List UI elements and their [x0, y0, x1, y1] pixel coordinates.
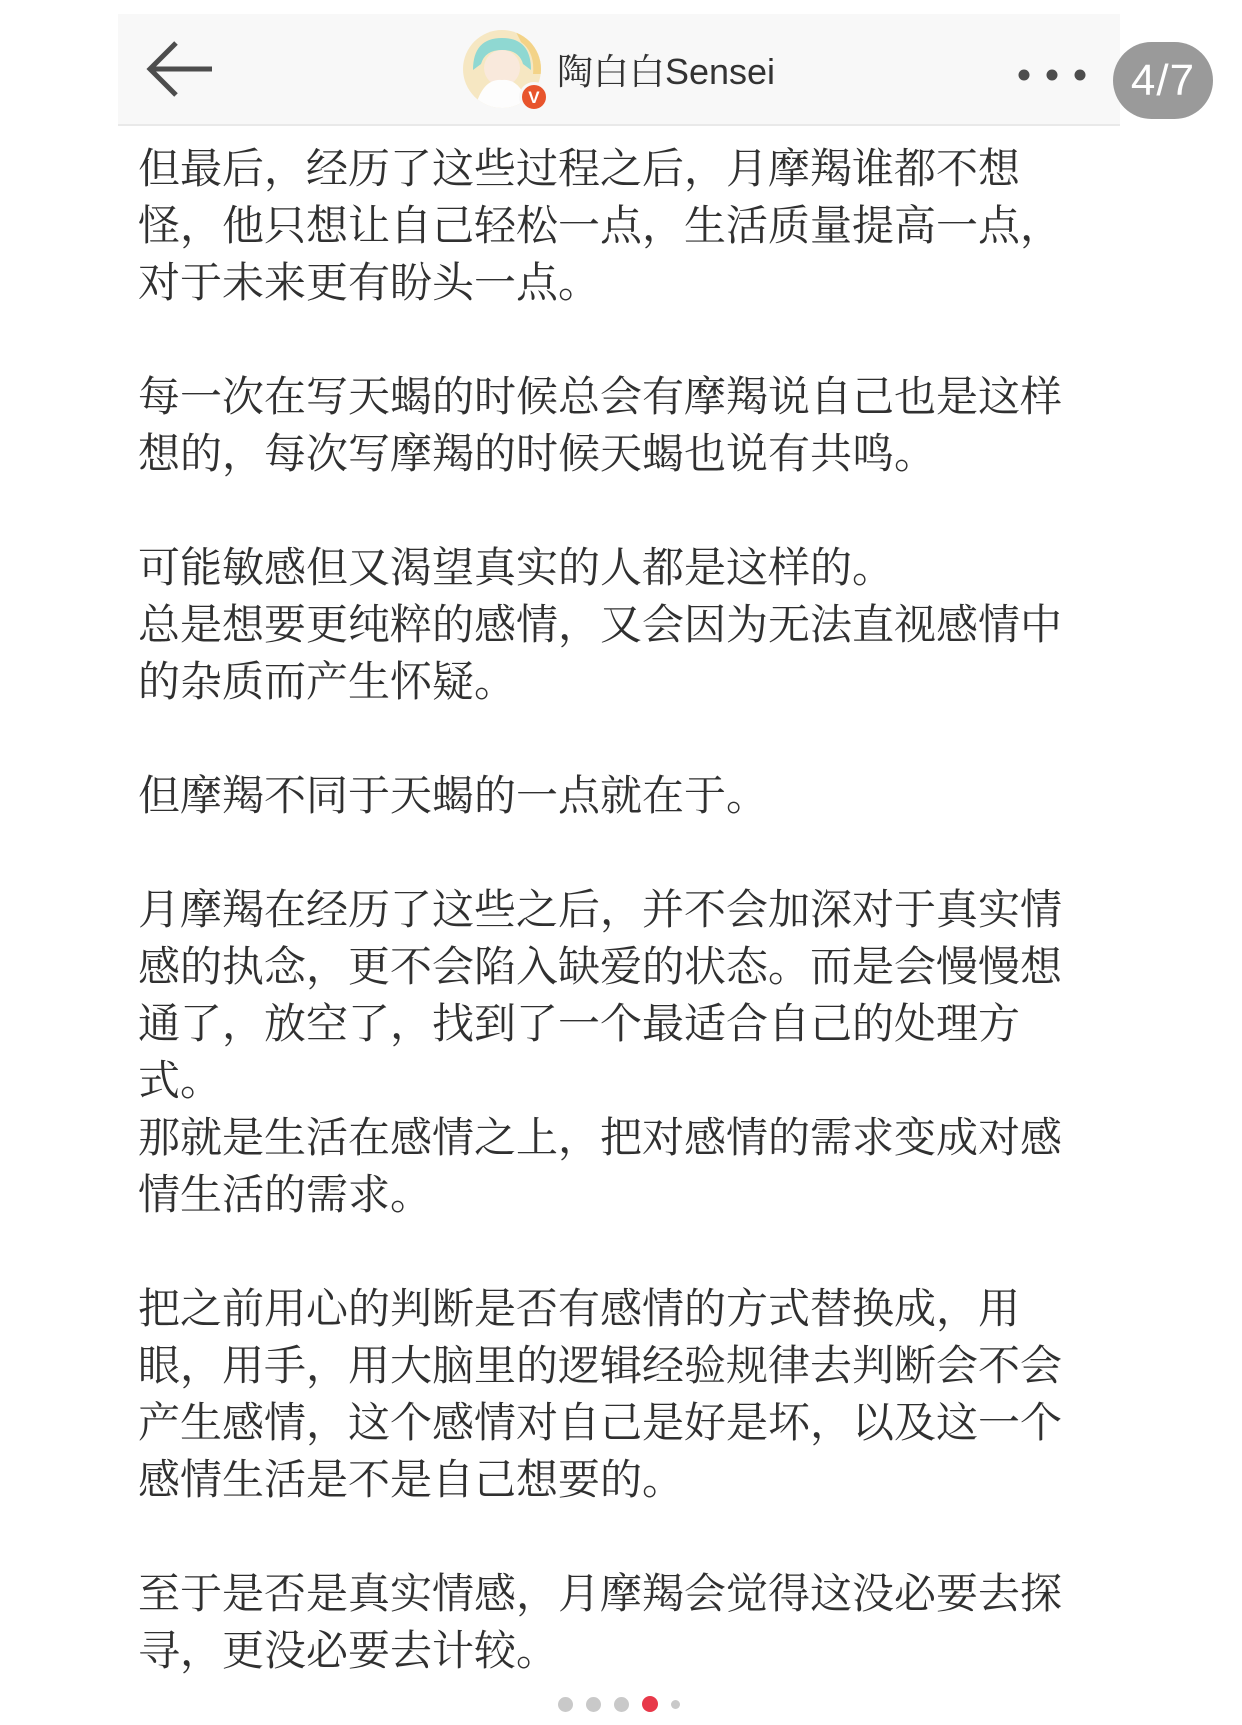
pagination-dot: [558, 1697, 573, 1712]
back-button[interactable]: [140, 36, 220, 104]
page-indicator-badge: 4/7: [1113, 42, 1213, 119]
text-line: 感情生活是不是自己想要的。: [138, 1451, 1138, 1508]
text-line: 怪，他只想让自己轻松一点，生活质量提高一点，: [138, 197, 1138, 254]
pagination-dot: [586, 1697, 601, 1712]
text-line: 感的执念，更不会陷入缺爱的状态。而是会慢慢想: [138, 938, 1138, 995]
text-line: 情生活的需求。: [138, 1166, 1138, 1223]
paragraph: 每一次在写天蝎的时候总会有摩羯说自己也是这样想的，每次写摩羯的时候天蝎也说有共鸣…: [138, 368, 1138, 482]
text-line: 寻，更没必要去计较。: [138, 1622, 1138, 1679]
text-line: 月摩羯在经历了这些之后，并不会加深对于真实情: [138, 881, 1138, 938]
top-bar: V 陶白白Sensei: [118, 14, 1120, 126]
text-line: 想的，每次写摩羯的时候天蝎也说有共鸣。: [138, 425, 1138, 482]
text-line: 产生感情，这个感情对自己是好是坏，以及这一个: [138, 1394, 1138, 1451]
pagination-dot: [614, 1697, 629, 1712]
text-line: 对于未来更有盼头一点。: [138, 254, 1138, 311]
weibo-image-post-screen: { "header": { "user_name": "陶白白Sensei", …: [0, 0, 1242, 1725]
text-line: 通了，放空了，找到了一个最适合自己的处理方: [138, 995, 1138, 1052]
text-line: 式。: [138, 1052, 1138, 1109]
paragraph: 月摩羯在经历了这些之后，并不会加深对于真实情感的执念，更不会陷入缺爱的状态。而是…: [138, 881, 1138, 1223]
paragraph: 但最后，经历了这些过程之后，月摩羯谁都不想怪，他只想让自己轻松一点，生活质量提高…: [138, 140, 1138, 311]
text-line: 但最后，经历了这些过程之后，月摩羯谁都不想: [138, 140, 1138, 197]
article-content: 但最后，经历了这些过程之后，月摩羯谁都不想怪，他只想让自己轻松一点，生活质量提高…: [138, 140, 1138, 1679]
text-line: 但摩羯不同于天蝎的一点就在于。: [138, 767, 1138, 824]
text-line: 每一次在写天蝎的时候总会有摩羯说自己也是这样: [138, 368, 1138, 425]
pagination-dots: [118, 1694, 1120, 1714]
pagination-dot: [671, 1700, 680, 1709]
more-options-button[interactable]: [1010, 56, 1094, 96]
paragraph: 但摩羯不同于天蝎的一点就在于。: [138, 767, 1138, 824]
paragraph: 把之前用心的判断是否有感情的方式替换成，用眼，用手，用大脑里的逻辑经验规律去判断…: [138, 1280, 1138, 1508]
paragraph: 至于是否是真实情感，月摩羯会觉得这没必要去探寻，更没必要去计较。: [138, 1565, 1138, 1679]
text-line: 把之前用心的判断是否有感情的方式替换成，用: [138, 1280, 1138, 1337]
ellipsis-icon: [1014, 67, 1090, 86]
pagination-dot-active: [642, 1696, 658, 1712]
text-line: 眼，用手，用大脑里的逻辑经验规律去判断会不会: [138, 1337, 1138, 1394]
profile-header: V 陶白白Sensei: [118, 14, 1120, 124]
verified-badge-icon: V: [519, 82, 549, 112]
paragraph: 可能敏感但又渴望真实的人都是这样的。总是想要更纯粹的感情，又会因为无法直视感情中…: [138, 539, 1138, 710]
text-line: 的杂质而产生怀疑。: [138, 653, 1138, 710]
user-name[interactable]: 陶白白Sensei: [557, 44, 775, 95]
avatar[interactable]: V: [463, 30, 541, 108]
text-line: 至于是否是真实情感，月摩羯会觉得这没必要去探: [138, 1565, 1138, 1622]
text-line: 那就是生活在感情之上，把对感情的需求变成对感: [138, 1109, 1138, 1166]
back-arrow-icon: [142, 89, 218, 104]
text-line: 总是想要更纯粹的感情，又会因为无法直视感情中: [138, 596, 1138, 653]
text-line: 可能敏感但又渴望真实的人都是这样的。: [138, 539, 1138, 596]
